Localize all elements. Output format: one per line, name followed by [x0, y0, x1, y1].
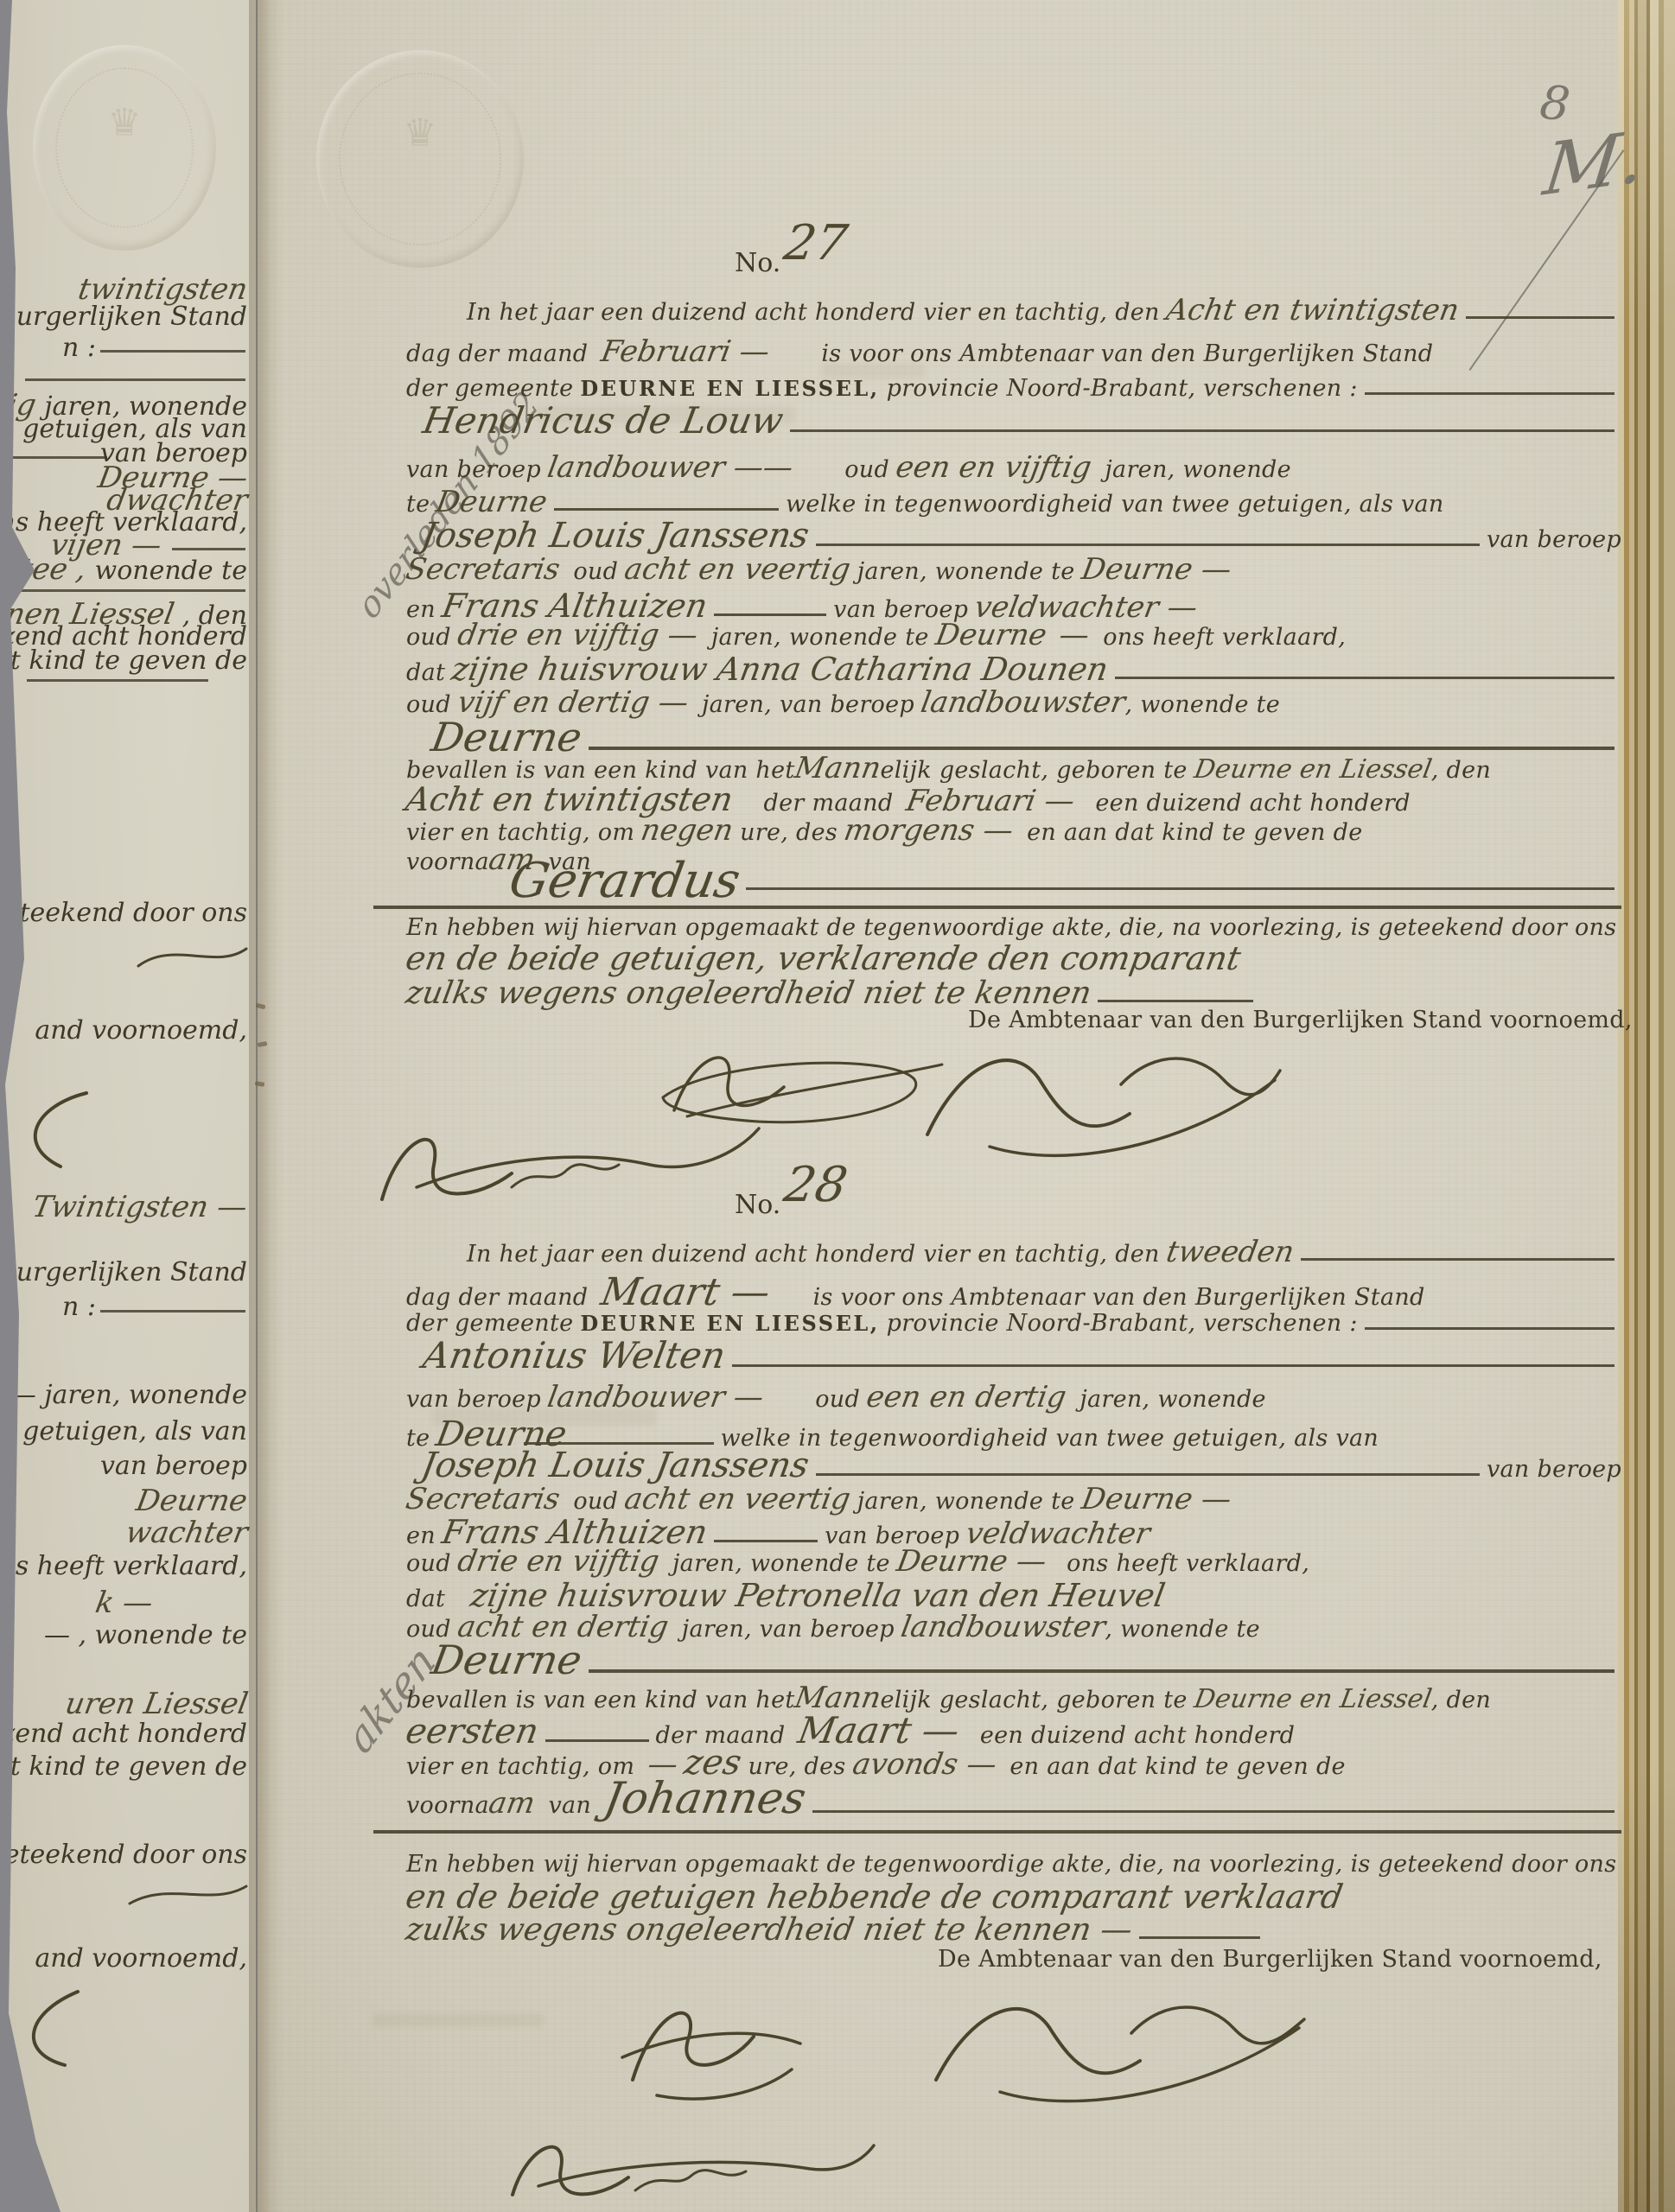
handwritten-closing-1: en de beide getuigen hebbende de compara… [404, 1880, 1346, 1913]
handwritten-mother-occupation: landbouwster [919, 688, 1128, 717]
handwritten-closing-2: zulks wegens ongeleerdheid niet te kenne… [404, 1915, 1135, 1946]
handwritten-witness2-age: drie en vijftig — [455, 620, 700, 650]
left-fragment: en Burgerlijken Stand [0, 304, 247, 330]
act27-line-intro1: In het jaar een duizend acht honderd vie… [406, 296, 1621, 326]
printed-text: De Ambtenaar van den Burgerlijken Stand … [938, 1946, 1602, 1973]
act27-line-woonplaats: te Deurne welke in tegenwoordigheid van … [406, 487, 1621, 518]
fill-rule [816, 543, 1480, 546]
handwritten-dash: — [1057, 620, 1092, 650]
fill-rule [790, 429, 1614, 432]
handwritten-text: Twintigsten — [30, 1192, 250, 1222]
fill-rule [732, 1364, 1614, 1367]
printed-text: een duizend acht honderd [1095, 790, 1410, 817]
handwritten-day: Acht en twintigsten [1164, 296, 1462, 325]
fill-rule [812, 1810, 1614, 1813]
printed-text: voorna [406, 849, 489, 875]
section-rule [373, 906, 1621, 909]
embossed-seal-main: ♛ [316, 50, 524, 268]
left-fragment: twintigsten [79, 275, 247, 304]
fill-rule [714, 613, 826, 616]
handwritten-witness1-name: Joseph Louis Janssens [418, 1448, 812, 1483]
printed-municipality: Deurne en Liessel, [580, 1312, 879, 1336]
fill-rule [1139, 1936, 1260, 1939]
left-fragment: uren Liessel [66, 1689, 247, 1719]
fill-rule [1365, 392, 1614, 395]
act27-line-kindsnaam: Gerardus [510, 857, 1621, 906]
handwritten-month: Maart — [598, 1274, 773, 1312]
printed-text: In het jaar een duizend acht honderd vie… [467, 1241, 1160, 1268]
handwritten-mother-occupation: landbouwster [899, 1612, 1108, 1642]
handwritten-witness1-residence: Deurne — [1080, 555, 1233, 584]
handwritten-residence: Deurne [434, 487, 550, 517]
handwritten-birthplace: Deurne en Liessel [1192, 1687, 1433, 1713]
handwritten-occupation: landbouwer —— [545, 453, 795, 482]
printed-text: van beroep [100, 1453, 247, 1479]
act27-line-bevallen: bevallen is van een kind van het Mann el… [406, 753, 1621, 784]
handwritten-mother-age: vijf en dertig — [455, 688, 691, 717]
left-fragment: n : [62, 335, 96, 361]
act27-line-slot-hw1: en de beide getuigen, verklarende den co… [406, 942, 1621, 975]
handwritten-text: uren Liessel [63, 1689, 250, 1719]
act27-line-slot: En hebben wij hiervan opgemaakt de tegen… [406, 914, 1621, 941]
printed-text: is voor ons Ambtenaar van den Burgerlijk… [821, 340, 1433, 367]
act27-number: No. 27 [735, 232, 847, 280]
printed-text: der gemeente [406, 1310, 573, 1337]
left-fragment: g, is geteekend door ons [0, 1842, 247, 1868]
handwritten-birthplace: Deurne en Liessel [1192, 757, 1433, 783]
handwritten-witness1-occupation: Secretaris [404, 555, 562, 584]
act-number-handwritten: 27 [780, 219, 850, 268]
printed-text: dag der maand [406, 340, 588, 367]
handwritten-text: k — [93, 1588, 155, 1618]
printed-text: , wonende te [1105, 1616, 1260, 1643]
printed-text: g — jaren, wonende [0, 1382, 247, 1408]
printed-text: voorna [406, 1792, 489, 1819]
printed-text: jaren, wonende te [672, 1550, 890, 1577]
left-fragment: Deurne [137, 1486, 247, 1516]
act28-line-moeder: dat zijne huisvrouw Petronella van den H… [406, 1580, 1621, 1612]
handwritten-witness1-age: acht en veertig [622, 555, 853, 584]
printed-text: van [548, 1792, 591, 1819]
printed-municipality: Deurne en Liessel, [580, 377, 879, 401]
printed-text: jaren, wonende [1105, 456, 1291, 483]
handwritten-closing-1: en de beide getuigen, verklarende den co… [404, 942, 1244, 975]
act28-line-intro1: In het jaar een duizend acht honderd vie… [406, 1237, 1621, 1268]
fill-rule [1365, 1327, 1614, 1330]
act27-line-getuige1: Joseph Louis Janssens van beroep [406, 518, 1621, 553]
act28-line-intro2: dag der maand Maart — is voor ons Ambten… [406, 1274, 1621, 1312]
printed-text: oud [406, 624, 451, 651]
printed-text: ure, des [740, 819, 837, 846]
printed-text: elijk geslacht, geboren te [880, 757, 1187, 784]
handwritten-witness1-occupation: Secretaris [404, 1484, 562, 1514]
left-fragment: g, is geteekend door ons [0, 900, 247, 926]
printed-text: jaren, wonende te [711, 624, 929, 651]
handwritten-birth-month: Maart — [796, 1713, 963, 1749]
act27-line-intro2: dag der maand Februari — is voor ons Amb… [406, 337, 1621, 367]
binding-crease [249, 0, 283, 2212]
signature-witness2-mid [363, 1104, 769, 1221]
handwritten-sex: Mann [793, 753, 883, 783]
handwritten-age: een en vijftig [894, 453, 1093, 482]
left-fragment: and voornoemd, [35, 1018, 247, 1044]
left-fragment: Twintigsten — [33, 1192, 247, 1222]
printed-text: , wonende te [1125, 691, 1281, 718]
left-fragment: k — [96, 1588, 152, 1618]
printed-text: In het jaar een duizend acht honderd vie… [467, 299, 1160, 326]
printed-text: oud [815, 1386, 860, 1413]
no-label: No. [735, 248, 780, 278]
fill-rule [172, 548, 245, 550]
printed-text: jaren, wonende te [857, 558, 1075, 585]
signature-fragment [130, 931, 251, 983]
printed-text: provincie Noord-Brabant, verschenen : [887, 1310, 1358, 1337]
signature-witness2-bottom [497, 2121, 877, 2212]
no-label: No. [735, 1190, 780, 1220]
left-fragment: n dat kind te geven de [0, 1754, 247, 1780]
printed-text: dat [406, 1586, 445, 1612]
printed-text: oud [844, 456, 889, 483]
page-stack-edge [1618, 0, 1675, 2212]
act28-line-moeder2: oud acht en dertig jaren, van beroep lan… [406, 1612, 1621, 1643]
act27-line-comparant: Hendricus de Louw [406, 403, 1621, 439]
handwritten-age: een en dertig [864, 1382, 1068, 1412]
act28-line-getuige1b: Secretaris oud acht en veertig jaren, wo… [406, 1484, 1621, 1515]
printed-text: en Burgerlijken Stand [0, 304, 247, 330]
seal-ring [339, 73, 501, 245]
handwritten-text: wachter [124, 1518, 250, 1548]
fill-rule [1466, 316, 1614, 319]
printed-text: len Burgerlijken Stand [0, 1260, 247, 1286]
left-fragment: and voornoemd, [35, 1946, 247, 1972]
signature-registrar-act27 [912, 1033, 1283, 1162]
printed-text: ons heeft verklaard, [1103, 624, 1346, 651]
signature-registrar-act28 [920, 1983, 1309, 2104]
handwritten-declarant-name: Antonius Welten [420, 1338, 728, 1374]
handwritten-text: twintigsten [76, 275, 250, 304]
handwritten-month: Februari — [599, 337, 772, 366]
act28-line-geboortedag: eersten der maand Maart — een duizend ac… [406, 1713, 1621, 1749]
handwritten-witness2-residence: Deurne [933, 620, 1049, 650]
printed-text: jaren, van beroep [682, 1616, 895, 1643]
act28-line-comparant: Antonius Welten [406, 1338, 1621, 1374]
printed-text: oud [406, 1550, 451, 1577]
handwritten-birth-month: Februari — [904, 786, 1077, 816]
printed-text: van beroep [1487, 1456, 1621, 1483]
printed-text: en aan dat kind te geven de [1027, 819, 1362, 846]
fill-rule [589, 747, 1614, 750]
signature-fragment [0, 1080, 95, 1175]
folio-number-pencil: 8 [1538, 74, 1573, 131]
printed-text: and voornoemd, [35, 1946, 247, 1972]
printed-text: n : [62, 1294, 96, 1320]
fill-rule [554, 508, 779, 511]
act27-line-slot-hw2: zulks wegens ongeleerdheid niet te kenne… [406, 978, 1621, 1009]
signature-fragment [121, 1871, 251, 1918]
handwritten-mother-residence: Deurne [429, 1640, 585, 1680]
act-number-handwritten: 28 [780, 1161, 850, 1210]
printed-text: jaren, wonende [1080, 1386, 1266, 1413]
printed-text: twee getuigen, als van [0, 1419, 247, 1445]
handwritten-suffix: am [487, 1789, 538, 1818]
printed-text: En hebben wij hiervan opgemaakt de tegen… [406, 914, 1616, 941]
printed-text: jaren, wonende te [857, 1488, 1075, 1515]
printed-text: en [406, 596, 436, 623]
printed-text: van beroep [406, 456, 541, 483]
printed-text: dat [406, 659, 445, 686]
printed-text: ons heeft verklaard, [0, 1554, 247, 1580]
act27-line-moeder3: Deurne [406, 717, 1621, 757]
printed-text: bevallen is van een kind van het [406, 1687, 795, 1713]
handwritten-witness2-age: drie en vijftig [455, 1547, 661, 1576]
printed-text: is voor ons Ambtenaar van den Burgerlijk… [813, 1284, 1425, 1311]
handwritten-witness1-residence: Deurne — [1080, 1484, 1233, 1514]
printed-text: der gemeente [406, 375, 573, 402]
handwritten-hour: negen [639, 816, 736, 845]
handwritten-occupation: landbouwer — [545, 1382, 766, 1412]
fill-rule [1301, 1258, 1614, 1261]
left-fragment: van beroep [100, 1453, 247, 1479]
crown-icon: ♛ [107, 101, 141, 145]
printed-text: en [406, 1522, 436, 1549]
act28-registrar-caption: De Ambtenaar van den Burgerlijken Stand … [938, 1946, 1602, 1973]
left-fragment: len Burgerlijken Stand [0, 1260, 247, 1286]
left-fragment: dat kind te geven de [0, 648, 247, 674]
printed-text: — , wonende te [44, 1623, 247, 1649]
printed-text: n : [62, 335, 96, 361]
fill-rule [816, 1473, 1480, 1476]
printed-text: , den [1431, 757, 1491, 784]
seal-ring [55, 67, 194, 228]
previous-page-edge: ♛ twintigsten en Burgerlijken Stand n : … [0, 0, 256, 2212]
act28-line-slot-hw2: zulks wegens ongeleerdheid niet te kenne… [406, 1915, 1621, 1946]
printed-text: , den [1431, 1687, 1491, 1713]
act27-line-uur: vier en tachtig, om negen ure, des morge… [406, 816, 1621, 846]
fill-rule [100, 1310, 245, 1313]
fill-rule [27, 679, 208, 682]
printed-text: and voornoemd, [35, 1018, 247, 1044]
folio-paraph-pencil: M. [1539, 115, 1648, 213]
printed-text: n dat kind te geven de [0, 1754, 247, 1780]
act28-line-uur: vier en tachtig, om — zes ure, des avond… [406, 1745, 1621, 1780]
act27-line-intro3: der gemeente Deurne en Liessel, provinci… [406, 375, 1621, 402]
printed-text: En hebben wij hiervan opgemaakt de tegen… [406, 1851, 1616, 1878]
fill-rule [714, 1540, 818, 1542]
act27-line-getuige1b: Secretaris oud acht en veertig jaren, wo… [406, 555, 1621, 585]
printed-text: duizend acht honderd [0, 1721, 247, 1747]
act27-line-geboortedag: Acht en twintigsten der maand Februari —… [406, 783, 1621, 817]
fill-rule [545, 1739, 649, 1742]
fill-rule [1115, 677, 1614, 679]
handwritten-child-name: Gerardus [506, 857, 743, 906]
printed-text: wonende te [95, 558, 247, 584]
handwritten-daypart: morgens — [842, 816, 1016, 845]
printed-text: van beroep [1487, 526, 1621, 553]
act27-line-moeder2: oud vijf en dertig — jaren, van beroep l… [406, 688, 1621, 718]
scanned-register-page: ♛ twintigsten en Burgerlijken Stand n : … [0, 0, 1675, 2212]
handwritten-mother-residence: Deurne [429, 717, 585, 757]
act27-line-moeder: dat zijne huisvrouw Anna Catharina Doune… [406, 653, 1621, 686]
act28-line-beroep: van beroep landbouwer — oud een en derti… [406, 1382, 1621, 1413]
printed-text: jaren, van beroep [702, 691, 914, 718]
left-fragment: ons heeft verklaard, [0, 1554, 247, 1580]
handwritten-mother-name: zijne huisvrouw Anna Catharina Dounen [449, 653, 1111, 685]
act28-line-intro3: der gemeente Deurne en Liessel, provinci… [406, 1310, 1621, 1337]
handwritten-birth-day: eersten [403, 1714, 541, 1749]
printed-text: te [406, 491, 430, 518]
bleedthrough-smudge [372, 2013, 545, 2027]
handwritten-daypart: avonds — [850, 1750, 999, 1779]
act28-line-bevallen: bevallen is van een kind van het Mann el… [406, 1683, 1621, 1713]
handwritten-mother-name: zijne huisvrouw Petronella van den Heuve… [468, 1580, 1168, 1611]
act28-line-slot: En hebben wij hiervan opgemaakt de tegen… [406, 1851, 1621, 1878]
handwritten-closing-2: zulks wegens ongeleerdheid niet te kenne… [404, 978, 1094, 1009]
embossed-seal-left: ♛ [33, 45, 216, 251]
printed-text: g, is geteekend door ons [0, 1842, 247, 1868]
printed-text: provincie Noord-Brabant, verschenen : [887, 375, 1358, 402]
fill-rule [25, 378, 245, 381]
fill-rule [12, 456, 107, 459]
act28-line-slot-hw1: en de beide getuigen hebbende de compara… [406, 1880, 1621, 1913]
printed-text: g, is geteekend door ons [0, 900, 247, 926]
left-fragment: n : [62, 1294, 96, 1320]
handwritten-day: tweeden [1164, 1237, 1296, 1267]
act28-line-voornaam: voorna am van Johannes [406, 1777, 1621, 1820]
printed-text: De Ambtenaar van den Burgerlijken Stand … [968, 1007, 1633, 1033]
left-fragment: duizend acht honderd [0, 1721, 247, 1747]
printed-text: van beroep [406, 1386, 541, 1413]
handwritten-child-name: Johannes [602, 1777, 810, 1820]
fill-rule [100, 350, 245, 353]
fill-rule [589, 1669, 1614, 1673]
handwritten-witness1-age: acht en veertig [622, 1484, 853, 1514]
act28-number: No. 28 [735, 1173, 847, 1222]
printed-text: ons heeft verklaard, [1067, 1550, 1309, 1577]
handwritten-witness2-residence: Deurne — [895, 1547, 1048, 1576]
left-fragment: tee ,wonende te [21, 555, 247, 584]
left-fragment: — , wonende te [44, 1623, 247, 1649]
section-rule [373, 1830, 1621, 1834]
left-fragment: twee getuigen, als van [0, 1419, 247, 1445]
printed-text: oud [573, 558, 618, 585]
handwritten-declarant-name: Hendricus de Louw [420, 403, 786, 439]
printed-text: dag der maand [406, 1284, 588, 1311]
signature-fragment [0, 1983, 86, 2078]
fill-rule [1098, 1000, 1253, 1002]
printed-text: welke in tegenwoordigheid van twee getui… [786, 491, 1444, 518]
handwritten-text: Deurne [134, 1486, 250, 1516]
handwritten-text: tee , [18, 555, 89, 584]
signature-witness1-act28 [605, 1974, 812, 2104]
fill-rule [746, 887, 1614, 890]
act28-line-getuige1: Joseph Louis Janssens van beroep [406, 1448, 1621, 1483]
printed-text: oud [573, 1488, 618, 1515]
act28-line-moeder3: Deurne [406, 1640, 1621, 1680]
handwritten-birth-day: Acht en twintigsten [404, 783, 736, 816]
fill-rule [16, 589, 245, 592]
crown-icon: ♛ [403, 111, 436, 155]
act28-line-getuige2b: oud drie en vijftig jaren, wonende te De… [406, 1547, 1621, 1577]
act27-line-getuige2b: oud drie en vijftig — jaren, wonende te … [406, 620, 1621, 651]
act27-line-beroep: van beroep landbouwer —— oud een en vijf… [406, 453, 1621, 483]
left-fragment: wachter [126, 1518, 247, 1548]
left-fragment: g — jaren, wonende [0, 1382, 247, 1408]
handwritten-witness1-name: Joseph Louis Janssens [418, 518, 812, 553]
printed-text: dat kind te geven de [0, 648, 247, 674]
handwritten-sex: Mann [793, 1683, 883, 1713]
act27-registrar-caption: De Ambtenaar van den Burgerlijken Stand … [968, 1007, 1633, 1033]
